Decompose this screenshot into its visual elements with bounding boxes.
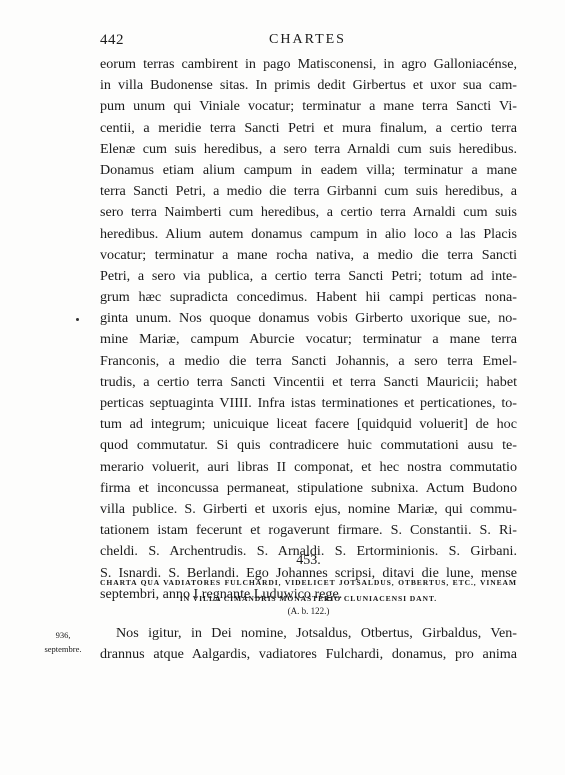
running-title: CHARTES xyxy=(100,32,515,48)
charter-reference: (A. b. 122.) xyxy=(100,606,517,616)
text-line: Elenæ cum suis heredibus, a sero terra A… xyxy=(100,139,517,160)
text-line: vocatur; terminatur a mane rocha nativa,… xyxy=(100,245,517,266)
text-line: pum unum qui Viniale vocatur; terminatur… xyxy=(100,96,517,117)
charter-title: CHARTA QUA VADIATORES FULCHARDI, VIDELIC… xyxy=(100,575,517,607)
text-line: Nos igitur, in Dei nomine, Jotsaldus, Ot… xyxy=(100,623,517,644)
text-line: mine Mariæ, campum Aburcie vocatur; term… xyxy=(100,329,517,350)
text-line: grum hæc supradicta concedimus. Habent h… xyxy=(100,287,517,308)
text-line: tum ad integrum; unicuique liceat facere… xyxy=(100,414,517,435)
text-line: drannus atque Aalgardis, vadiatores Fulc… xyxy=(100,644,517,665)
text-line: firma et inconcussa permaneat, stipulati… xyxy=(100,478,517,499)
text-line: centii, a meridie terra Sancti Petri et … xyxy=(100,118,517,139)
text-line: quod commutatur. Si quis contradicere hu… xyxy=(100,435,517,456)
text-line: trudis, a certio terra Sancti Vincentii … xyxy=(100,372,517,393)
charter-title-line: IN VILLA CIMANDRIS MONASTERIO CLUNIACENS… xyxy=(100,591,517,607)
main-text-block: eorum terras cambirent in pago Matiscone… xyxy=(100,54,517,605)
text-line: villa publice. S. Girberti et uxoris eju… xyxy=(100,499,517,520)
text-line: tationem istam fecerunt et rogaverunt fi… xyxy=(100,520,517,541)
charter-title-line: CHARTA QUA VADIATORES FULCHARDI, VIDELIC… xyxy=(100,575,517,591)
text-line: perticas septuaginta VIIII. Infra istas … xyxy=(100,393,517,414)
charter-number: 453. xyxy=(100,553,517,569)
book-page: 442 CHARTES eorum terras cambirent in pa… xyxy=(0,0,565,775)
running-head: 442 CHARTES xyxy=(100,32,515,52)
text-line: in villa Budonense sitas. In primis dedi… xyxy=(100,75,517,96)
margin-date: 936, septembre. xyxy=(38,628,88,656)
text-line: merario voluerit, auri libras II compona… xyxy=(100,457,517,478)
charter-body: Nos igitur, in Dei nomine, Jotsaldus, Ot… xyxy=(100,623,517,665)
text-line: heredibus. Alium autem donamus campum in… xyxy=(100,224,517,245)
margin-date-month: septembre. xyxy=(38,642,88,656)
text-line: Donamus etiam alium campum in eadem vill… xyxy=(100,160,517,181)
text-line: ginta unum. Nos quoque donamus vobis Gir… xyxy=(100,308,517,329)
text-line: sero terra Naimberti cum heredibus, a ce… xyxy=(100,202,517,223)
text-line: eorum terras cambirent in pago Matiscone… xyxy=(100,54,517,75)
ink-speck xyxy=(76,318,79,321)
text-line: Franconis, a medio die terra Sancti Joha… xyxy=(100,351,517,372)
text-line: Petri, a sero via publica, a certio terr… xyxy=(100,266,517,287)
text-line: terra Sancti Petri, a medio die terra Gi… xyxy=(100,181,517,202)
margin-date-year: 936, xyxy=(38,628,88,642)
